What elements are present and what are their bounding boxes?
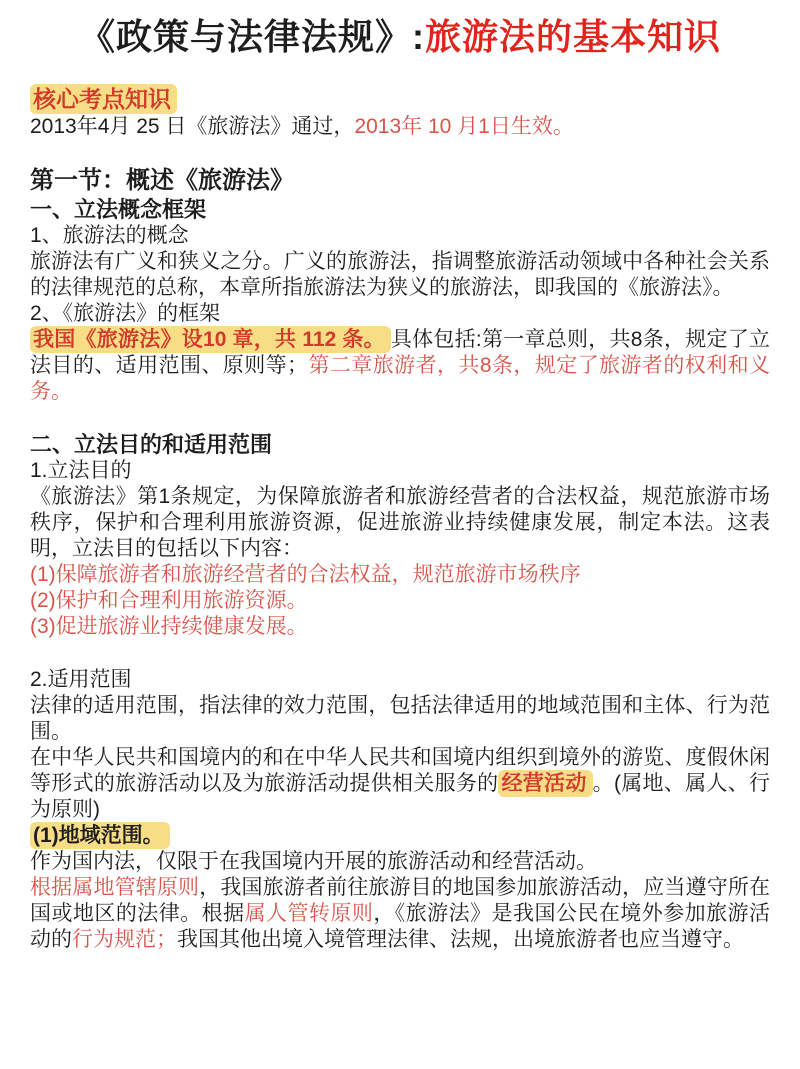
document-page: 《政策与法律法规》:旅游法的基本知识核心考点知识2013年4月 25 日《旅游法…	[0, 0, 800, 1069]
subsection-2-heading: 二、立法目的和适用范围	[30, 431, 770, 458]
subsection-1-heading: 一、立法概念框架	[30, 196, 770, 223]
text-run: (2)保护和合理利用旅游资源。	[30, 589, 308, 612]
text-run: 1、旅游法的概念	[30, 224, 189, 247]
text-run: 属人管转原则	[245, 902, 374, 925]
highlighted-text-run: 核心考点知识	[30, 84, 177, 114]
highlighted-text-run: (1)地域范围。	[30, 822, 170, 849]
text-run: 旅游法的基本知识	[425, 16, 721, 57]
scope-heading: 2.适用范围	[30, 667, 770, 693]
text-run: 《政策与法律法规》:	[79, 16, 425, 57]
concept-paragraph: 旅游法有广义和狭义之分。广义的旅游法，指调整旅游活动领域中各种社会关系的法律规范…	[30, 249, 770, 301]
text-run: 作为国内法，仅限于在我国境内开展的旅游活动和经营活动。	[30, 850, 597, 873]
content: 《政策与法律法规》:旅游法的基本知识核心考点知识2013年4月 25 日《旅游法…	[30, 14, 770, 953]
section-1-heading: 第一节：概述《旅游法》	[30, 166, 770, 196]
text-run: 1.立法目的	[30, 459, 132, 482]
highlighted-text-run: 我国《旅游法》设10 章，共 112 条。	[30, 326, 391, 353]
jurisdiction-paragraph: 根据属地管辖原则，我国旅游者前往旅游目的地国参加旅游活动，应当遵守所在国或地区的…	[30, 875, 770, 953]
framework-paragraph: 我国《旅游法》设10 章，共 112 条。具体包括:第一章总则，共8条，规定了立…	[30, 327, 770, 405]
highlighted-text-run: 经营活动	[498, 770, 592, 797]
text-run: (3)促进旅游业持续健康发展。	[30, 615, 308, 638]
scope-definition-paragraph: 法律的适用范围，指法律的效力范围，包括法律适用的地域范围和主体、行为范围。	[30, 693, 770, 745]
purpose-point-3: (3)促进旅游业持续健康发展。	[30, 614, 770, 640]
text-run: 《旅游法》第1条规定，为保障旅游者和旅游经营者的合法权益，规范旅游市场秩序，保护…	[30, 485, 770, 560]
text-run: 我国其他出境入境管理法律、法规，出境旅游者也应当遵守。	[177, 928, 744, 951]
text-run: 第一节：概述《旅游法》	[30, 167, 294, 194]
scope-activity-paragraph: 在中华人民共和国境内的和在中华人民共和国境内组织到境外的游览、度假休闲等形式的旅…	[30, 745, 770, 823]
text-run: 2、《旅游法》的框架	[30, 302, 220, 325]
text-run: 2.适用范围	[30, 668, 132, 691]
purpose-point-1: (1)保障旅游者和旅游经营者的合法权益，规范旅游市场秩序	[30, 562, 770, 588]
item-2-framework-heading: 2、《旅游法》的框架	[30, 301, 770, 327]
text-run: 行为规范；	[72, 928, 177, 951]
text-run: 法律的适用范围，指法律的效力范围，包括法律适用的地域范围和主体、行为范围。	[30, 694, 770, 743]
section-gap	[30, 640, 770, 667]
page-title: 《政策与法律法规》:旅游法的基本知识	[30, 14, 770, 60]
effective-date-line: 2013年4月 25 日《旅游法》通过，2013年 10 月1日生效。	[30, 114, 770, 140]
domestic-law-line: 作为国内法，仅限于在我国境内开展的旅游活动和经营活动。	[30, 849, 770, 875]
text-run: 根据属地管辖原则	[30, 876, 199, 899]
text-run: 二、立法目的和适用范围	[30, 432, 272, 457]
text-run: 2013年4月 25 日《旅游法》通过，	[30, 115, 354, 138]
text-run: 2013年 10 月1日生效。	[354, 115, 573, 138]
territorial-scope-heading: (1)地域范围。	[30, 823, 770, 849]
purpose-point-2: (2)保护和合理利用旅游资源。	[30, 588, 770, 614]
text-run: 一、立法概念框架	[30, 197, 206, 222]
item-1-concept-heading: 1、旅游法的概念	[30, 223, 770, 249]
text-run: (1)保障旅游者和旅游经营者的合法权益，规范旅游市场秩序	[30, 563, 581, 586]
core-points-label: 核心考点知识	[30, 84, 770, 114]
section-gap	[30, 405, 770, 431]
purpose-paragraph: 《旅游法》第1条规定，为保障旅游者和旅游经营者的合法权益，规范旅游市场秩序，保护…	[30, 484, 770, 562]
purpose-heading: 1.立法目的	[30, 458, 770, 484]
text-run: 旅游法有广义和狭义之分。广义的旅游法，指调整旅游活动领域中各种社会关系的法律规范…	[30, 250, 770, 299]
section-gap	[30, 140, 770, 166]
